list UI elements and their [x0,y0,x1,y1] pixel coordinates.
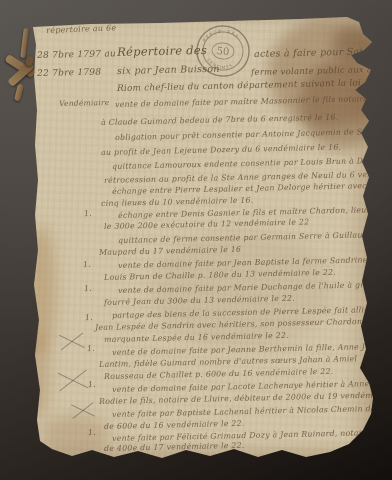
manuscript-line: de 400e du 17 vendémiaire le 22. [104,441,245,453]
margin-entry-numeral: 1. [85,313,93,323]
manuscript-line: quittance Lamouroux endente consentie pa… [112,156,392,171]
margin-entry-numeral: 1. [84,284,92,294]
cord-strand [14,84,24,102]
date-to: 22 7bre 1798 [37,68,101,79]
stamp-bottom-text: CENTIMES [204,57,235,72]
manuscript-line: au profit de Jean Lejeune Dozery du 6 ve… [101,143,341,157]
margin-entry-numeral: 1. [84,209,92,219]
manuscript-line: cinq lieues du 10 vendémiaire le 16. [101,196,254,208]
pencil-cross-mark [70,402,96,418]
edge-stain [40,415,110,455]
title-line2-right: ferme volante public aux ag. d. [251,65,392,78]
manuscript-line: Rousseau de Chaillet p. 600e du 16 vendé… [104,367,333,381]
manuscript-line: vente faite par Baptiste Lachenal hériti… [112,403,392,419]
cord-strand [20,28,29,58]
pencil-cross-mark [56,370,90,390]
margin-entry-numeral: 1. [87,344,95,354]
corner-note: répertoire au 6e [46,23,117,35]
photo-backdrop: répertoire au 6e 28 7bre 1797 au 22 7bre… [0,0,392,480]
manuscript-page: répertoire au 6e 28 7bre 1797 au 22 7bre… [0,0,392,480]
edge-stain [24,330,50,420]
margin-entry-numeral: 1. [88,428,96,438]
margin-month-label: Vendémiaire [59,98,110,108]
stamp-value: 50 [216,46,230,58]
binding-cord [2,26,46,104]
manuscript-line: de 600e du 16 vendémiaire le 22. [104,419,245,431]
svg-text:CENTIMES: CENTIMES [204,57,235,72]
date-from: 28 7bre 1797 au [37,49,116,61]
manuscript-line: à Claude Guimard bedeau de 7bre du 6 enr… [101,113,339,127]
margin-entry-numeral: 1. [83,260,91,270]
revenue-stamp-icon: 50 RÉPUB. FRA. CENTIMES [190,20,256,82]
pencil-cross-mark [58,333,86,350]
